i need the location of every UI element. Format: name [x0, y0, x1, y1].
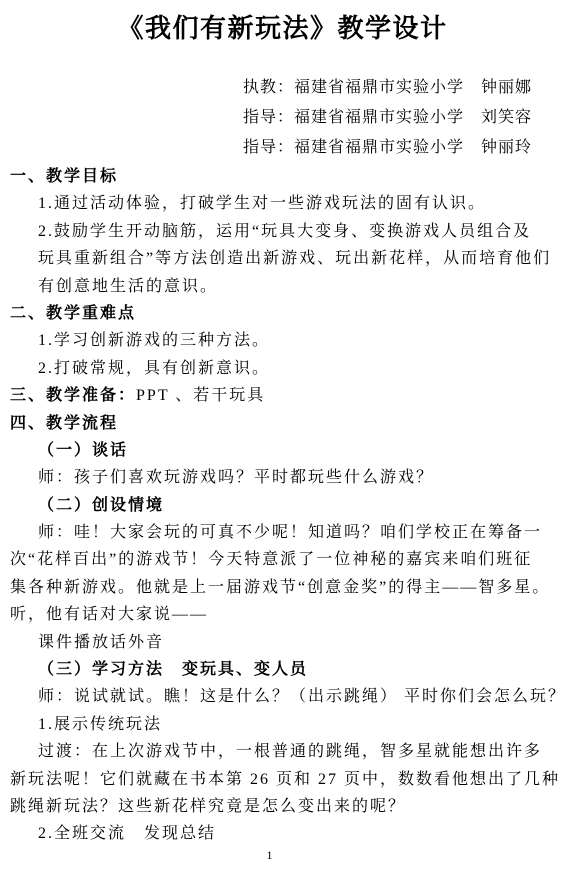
paragraph-line: 集各种新游戏。他就是上一届游戏节“创意金奖”的得主——智多星。 [10, 574, 555, 601]
paragraph-line: 师：孩子们喜欢玩游戏吗？平时都玩些什么游戏？ [10, 464, 555, 491]
paragraph-line: 2.鼓励学生开动脑筋，运用“玩具大变身、变换游戏人员组合及 [10, 218, 555, 245]
document-title: 《我们有新玩法》教学设计 [0, 8, 565, 45]
section-heading-tail: PPT 、若干玩具 [136, 387, 265, 404]
paragraph-line: 有创意地生活的意识。 [10, 273, 555, 300]
paragraph-line: 2.打破常规，具有创新意识。 [10, 355, 555, 382]
paragraph-line: 跳绳新玩法？这些新花样究竟是怎么变出来的呢？ [10, 793, 555, 820]
paragraph-line: 过渡：在上次游戏节中，一根普通的跳绳，智多星就能想出许多 [10, 738, 555, 765]
credit-line: 指导：福建省福鼎市实验小学 钟丽玲 [10, 133, 555, 163]
paragraph-line: 师：哇！大家会玩的可真不少呢！知道吗？咱们学校正在筹备一 [10, 519, 555, 546]
paragraph-line: 1.学习创新游戏的三种方法。 [10, 327, 555, 354]
paragraph-line: 新玩法呢！它们就藏在书本第 26 页和 27 页中，数数看他想出了几种 [10, 766, 555, 793]
section-heading-label: 三、教学准备： [10, 387, 136, 404]
subsection-heading: （一）谈话 [10, 437, 555, 464]
paragraph-line: 师：说试就试。瞧！这是什么？（出示跳绳） 平时你们会怎么玩？ [10, 683, 555, 710]
page-number: 1 [0, 848, 539, 863]
paragraph-line: 玩具重新组合”等方法创造出新游戏、玩出新花样，从而培育他们 [10, 245, 555, 272]
subsection-heading: （三）学习方法 变玩具、变人员 [10, 656, 555, 683]
document-body: 执教：福建省福鼎市实验小学 钟丽娜指导：福建省福鼎市实验小学 刘笑容指导：福建省… [10, 73, 555, 848]
paragraph-line: 2.全班交流 发现总结 [10, 820, 555, 847]
paragraph-line: 听，他有话对大家说—— [10, 601, 555, 628]
paragraph-line: 1.展示传统玩法 [10, 711, 555, 738]
section-heading: 一、教学目标 [10, 163, 555, 190]
paragraph-line: 1.通过活动体验，打破学生对一些游戏玩法的固有认识。 [10, 190, 555, 217]
paragraph-line: 次“花样百出”的游戏节！今天特意派了一位神秘的嘉宾来咱们班征 [10, 546, 555, 573]
credit-line: 指导：福建省福鼎市实验小学 刘笑容 [10, 103, 555, 133]
document-page: 《我们有新玩法》教学设计 执教：福建省福鼎市实验小学 钟丽娜指导：福建省福鼎市实… [0, 0, 565, 873]
section-heading: 三、教学准备：PPT 、若干玩具 [10, 382, 555, 409]
credit-line: 执教：福建省福鼎市实验小学 钟丽娜 [10, 73, 555, 103]
subsection-heading: （二）创设情境 [10, 492, 555, 519]
section-heading: 四、教学流程 [10, 410, 555, 437]
section-heading: 二、教学重难点 [10, 300, 555, 327]
paragraph-line: 课件播放话外音 [10, 629, 555, 656]
